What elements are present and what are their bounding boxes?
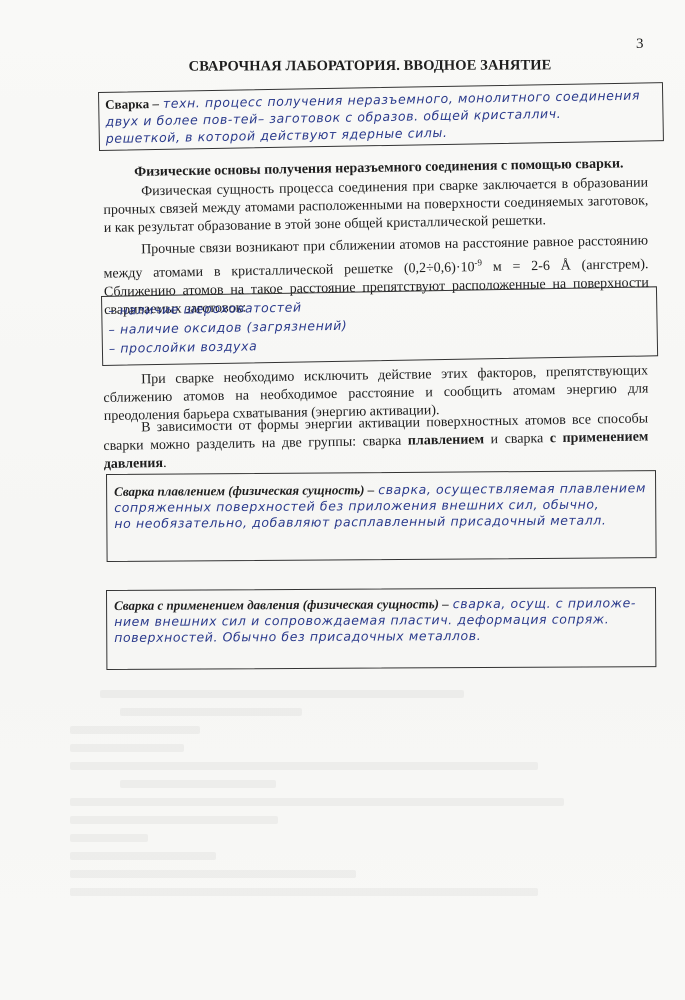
document-page: 3 СВАРОЧНАЯ ЛАБОРАТОРИЯ. ВВОДНОЕ ЗАНЯТИЕ… [0, 0, 685, 1000]
fusion-welding-box: Сварка плавлением (физическая сущность) … [106, 470, 657, 562]
paragraph-text: . [163, 456, 167, 471]
obstacles-answer-box: – наличие шероховатостей – наличие оксид… [101, 286, 658, 366]
page-title: СВАРОЧНАЯ ЛАБОРАТОРИЯ. ВВОДНОЕ ЗАНЯТИЕ [100, 57, 640, 76]
pressure-welding-label: Сварка с применением давления (физическа… [114, 596, 449, 613]
bold-term-fusion: плавлением [408, 432, 485, 448]
paragraph-physical-essence: Физическая сущность процесса соединения … [103, 174, 649, 238]
handwritten-answer-line: поверхностей. Обычно без присадочных мет… [114, 627, 648, 646]
pressure-welding-box: Сварка с применением давления (физическа… [106, 587, 656, 670]
handwritten-answer-line: но необязательно, добавляют расплавленны… [114, 512, 648, 532]
page-number: 3 [636, 36, 644, 53]
welding-definition-box: Сварка – техн. процесс получения неразъе… [98, 82, 664, 151]
handwritten-answer-line: сварка, осуществляемая плавлением [378, 480, 646, 497]
fusion-welding-label: Сварка плавлением (физическая сущность) … [114, 482, 374, 499]
reverse-side-bleed-through [70, 680, 590, 940]
paragraph-text: и сварка [484, 431, 550, 447]
exponent: -9 [474, 257, 482, 267]
handwritten-answer-line: нием внешних сил и сопровождаемая пласти… [114, 611, 648, 630]
paragraph-two-groups: В зависимости от формы энергии активации… [103, 410, 649, 474]
handwritten-answer-line: сварка, осущ. с приложе- [453, 595, 636, 611]
paragraph-text: Физическая сущность процесса соединения … [103, 174, 649, 238]
definition-label: Сварка – [105, 96, 159, 112]
